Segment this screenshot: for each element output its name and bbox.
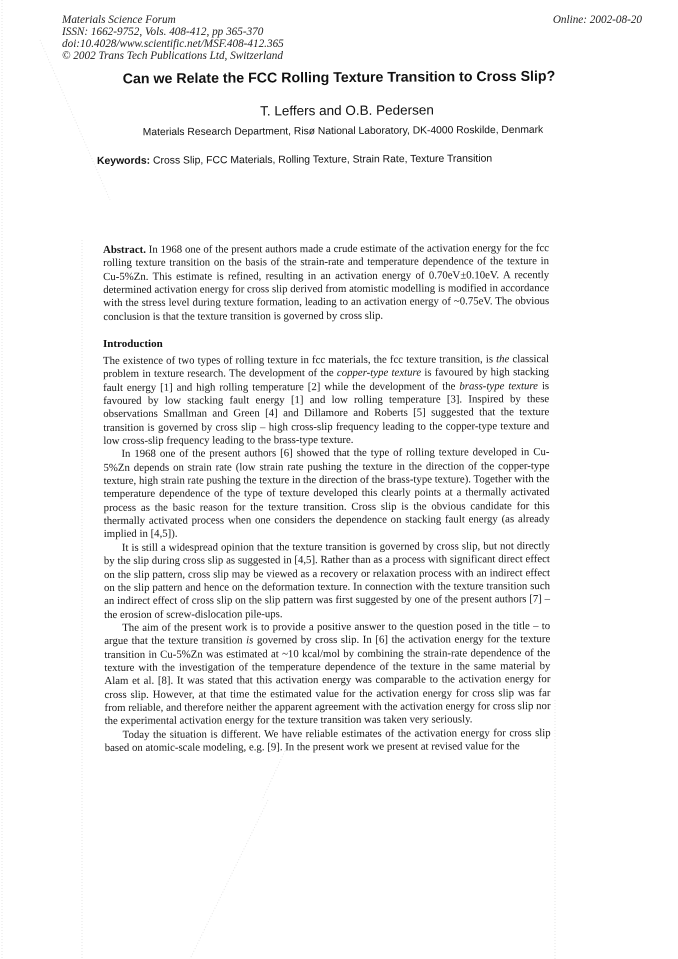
online-date: Online: 2002-08-20: [553, 14, 642, 26]
abstract-text: In 1968 one of the present authors made …: [103, 242, 549, 323]
intro-paragraph-5: Today the situation is different. We hav…: [105, 727, 551, 756]
intro-paragraph-1: The existence of two types of rolling te…: [103, 353, 549, 448]
abstract: Abstract. In 1968 one of the present aut…: [103, 242, 549, 324]
copyright-line: © 2002 Trans Tech Publications Ltd, Swit…: [62, 50, 284, 62]
doi-line: doi:10.4028/www.scientific.net/MSF.408-4…: [62, 38, 284, 50]
italic-run: brass-type texture: [459, 380, 538, 392]
italic-run: the: [496, 353, 509, 365]
italic-run: copper-type texture: [337, 367, 421, 379]
journal-name: Materials Science Forum: [62, 14, 284, 26]
abstract-label: Abstract.: [103, 244, 146, 256]
section-heading-introduction: Introduction: [103, 338, 163, 350]
paper-affiliation: Materials Research Department, Risø Nati…: [0, 124, 678, 139]
journal-header: Materials Science Forum ISSN: 1662-9752,…: [62, 14, 284, 62]
paper-title: Can we Relate the FCC Rolling Texture Tr…: [0, 68, 678, 88]
issn-line: ISSN: 1662-9752, Vols. 408-412, pp 365-3…: [62, 26, 284, 38]
keywords-list: Cross Slip, FCC Materials, Rolling Textu…: [150, 154, 492, 167]
text-run: The existence of two types of rolling te…: [103, 353, 496, 367]
keywords-label: Keywords:: [97, 156, 150, 167]
intro-paragraph-4: The aim of the present work is to provid…: [104, 620, 550, 729]
intro-paragraph-3: It is still a widespread opinion that th…: [104, 540, 550, 622]
intro-paragraph-2: In 1968 one of the present authors [6] s…: [103, 446, 549, 541]
introduction-body: The existence of two types of rolling te…: [103, 353, 551, 755]
keywords-line: Keywords: Cross Slip, FCC Materials, Rol…: [97, 154, 492, 167]
paper-authors: T. Leffers and O.B. Pedersen: [0, 101, 678, 120]
text-run: governed by cross slip. In [6] the activ…: [104, 633, 550, 727]
